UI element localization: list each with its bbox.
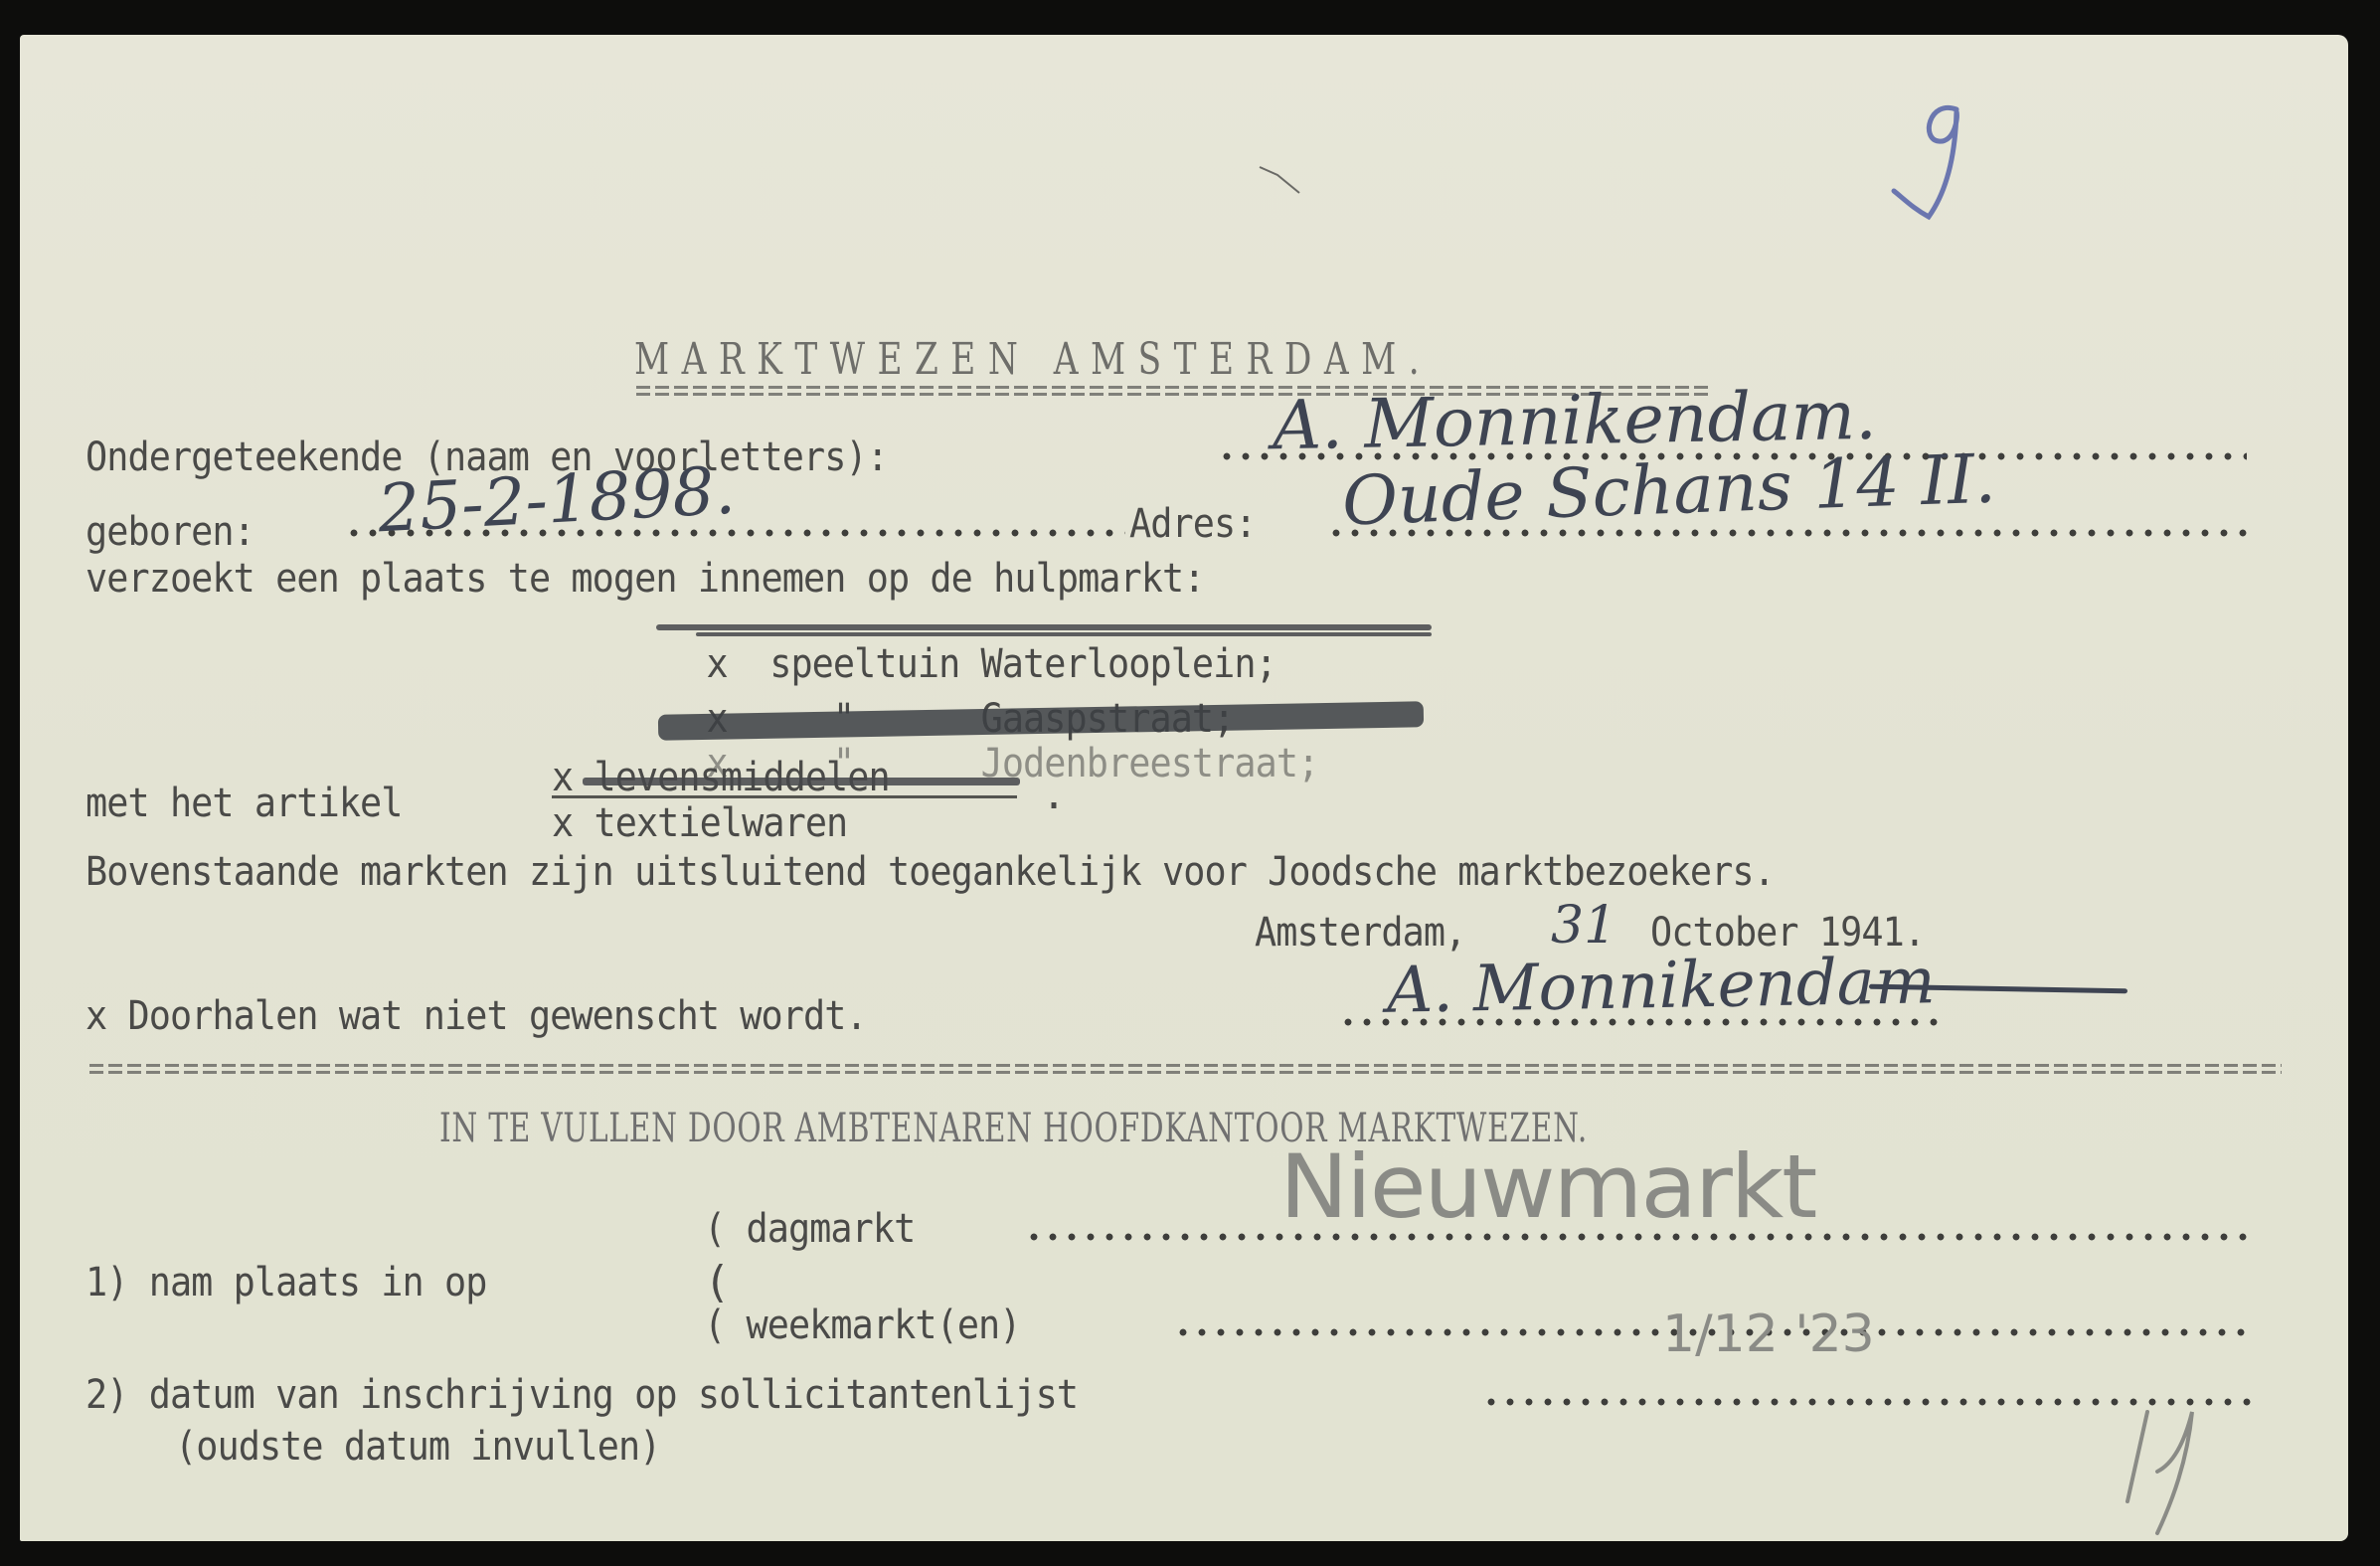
- dagmarkt-handwritten-value[interactable]: Nieuwmarkt: [1279, 1143, 1815, 1231]
- office-section-separator: [89, 1064, 2282, 1074]
- strikethrough-waterlooplein: [656, 624, 1432, 630]
- request-line: verzoekt een plaats te mogen innemen op …: [85, 559, 1204, 599]
- geboren-label: geboren:: [85, 512, 255, 552]
- place-label: Amsterdam,: [1255, 913, 1465, 953]
- geboren-handwritten-date[interactable]: 25-2-1898.: [377, 458, 737, 543]
- article-label: met het artikel: [85, 783, 403, 823]
- item2-label: 2) datum van inschrijving op sollicitant…: [85, 1375, 1078, 1415]
- registration-date-handwritten[interactable]: 1/12 '23: [1662, 1308, 1875, 1360]
- margin-pencil-note: [2118, 1402, 2217, 1541]
- bracket-middle: (: [704, 1261, 731, 1305]
- article-end-period: .: [1042, 776, 1065, 815]
- article-fraction-line: [552, 795, 1017, 798]
- form-heading: MARKTWEZEN AMSTERDAM.: [634, 338, 1432, 382]
- market-name: Jodenbreestraat;: [981, 741, 1319, 786]
- strikethrough-levensmiddelen: [583, 778, 1020, 785]
- adres-label: Adres:: [1129, 504, 1256, 544]
- signature[interactable]: A. Monnikendam: [1386, 950, 1936, 1023]
- page-number-mark: [1859, 99, 1978, 229]
- item2-sub-label: (oudste datum invullen): [175, 1427, 660, 1467]
- date-day-handwritten[interactable]: 31: [1551, 900, 1616, 952]
- notice-text: Bovenstaande markten zijn uitsluitend to…: [85, 852, 1775, 892]
- dagmarkt-label[interactable]: ( dagmarkt: [704, 1209, 915, 1249]
- item1-label: 1) nam plaats in op: [85, 1263, 486, 1303]
- dagmarkt-dotted-line: [1030, 1233, 2255, 1241]
- footnote-text: x Doorhalen wat niet gewenscht wordt.: [85, 996, 867, 1036]
- article-option-textielwaren[interactable]: x textielwaren: [552, 803, 847, 843]
- weekmarkt-label[interactable]: ( weekmarkt(en): [704, 1305, 1021, 1345]
- strikethrough-waterlooplein-2: [696, 632, 1432, 636]
- pencil-tick-mark: [1258, 159, 1307, 199]
